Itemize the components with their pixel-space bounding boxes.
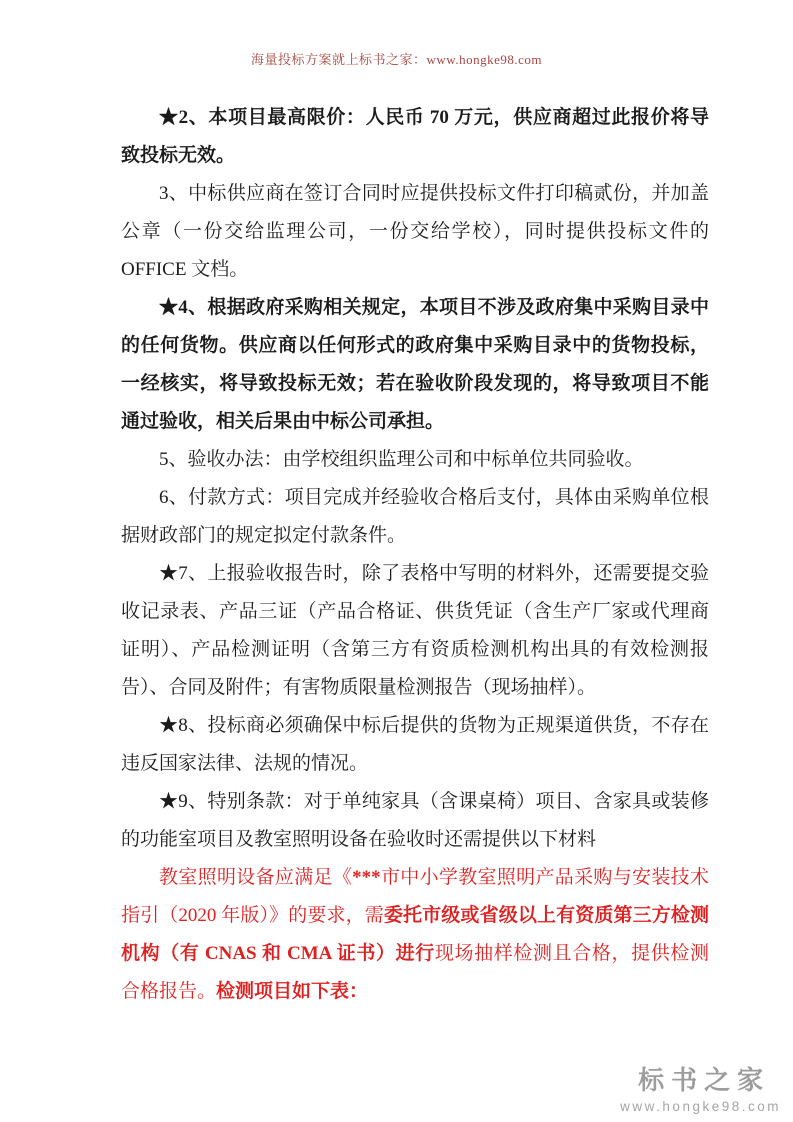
clause-8: ★8、投标商必须确保中标后提供的货物为正规渠道供货，不存在违反国家法律、法规的情…: [121, 707, 709, 783]
text-run: ★8、投标商必须确保中标后提供的货物为正规渠道供货，不存在违反国家法律、法规的情…: [121, 715, 709, 774]
text-run: 3、中标供应商在签订合同时应提供投标文件打印稿贰份，并加盖公章（一份交给监理公司…: [121, 183, 709, 280]
clause-9: ★9、特别条款：对于单纯家具（含课桌椅）项目、含家具或装修的功能室项目及教室照明…: [121, 783, 709, 859]
text-run: 教室照明设备应满足《: [159, 867, 352, 888]
text-run: ★7、上报验收报告时，除了表格中写明的材料外，还需要提交验收记录表、产品三证（产…: [121, 563, 709, 698]
watermark-logo-text: 标书之家: [620, 1060, 788, 1097]
lighting-inspection-requirement: 教室照明设备应满足《***市中小学教室照明产品采购与安装技术指引（2020 年版…: [121, 859, 709, 1011]
text-run: 6、付款方式：项目完成并经验收合格后支付，具体由采购单位根据财政部门的规定拟定付…: [121, 487, 709, 546]
clause-2: ★2、本项目最高限价：人民币 70 万元，供应商超过此报价将导致投标无效。: [121, 99, 709, 175]
watermark-url: www.hongke98.com: [620, 1099, 781, 1114]
text-run: 5、验收办法：由学校组织监理公司和中标单位共同验收。: [159, 449, 644, 470]
clause-3: 3、中标供应商在签订合同时应提供投标文件打印稿贰份，并加盖公章（一份交给监理公司…: [121, 175, 709, 289]
text-run: 检测项目如下表：: [216, 981, 368, 1002]
watermark: 标书之家 www.hongke98.com: [620, 1060, 781, 1114]
text-run: ★4、根据政府采购相关规定，本项目不涉及政府集中采购目录中的任何货物。供应商以任…: [121, 297, 709, 432]
clause-7: ★7、上报验收报告时，除了表格中写明的材料外，还需要提交验收记录表、产品三证（产…: [121, 555, 709, 707]
document-page: 海量投标方案就上标书之家：www.hongke98.com ★2、本项目最高限价…: [0, 0, 793, 1122]
clause-5: 5、验收办法：由学校组织监理公司和中标单位共同验收。: [121, 441, 709, 479]
text-run: ★9、特别条款：对于单纯家具（含课桌椅）项目、含家具或装修的功能室项目及教室照明…: [121, 791, 709, 850]
text-run: ★2、本项目最高限价：人民币 70 万元，供应商超过此报价将导致投标无效。: [121, 107, 709, 166]
header-promo-text: 海量投标方案就上标书之家：www.hongke98.com: [0, 49, 793, 68]
document-body: ★2、本项目最高限价：人民币 70 万元，供应商超过此报价将导致投标无效。3、中…: [121, 99, 709, 1011]
clause-6: 6、付款方式：项目完成并经验收合格后支付，具体由采购单位根据财政部门的规定拟定付…: [121, 479, 709, 555]
text-run: ***: [352, 867, 381, 888]
clause-4: ★4、根据政府采购相关规定，本项目不涉及政府集中采购目录中的任何货物。供应商以任…: [121, 289, 709, 441]
